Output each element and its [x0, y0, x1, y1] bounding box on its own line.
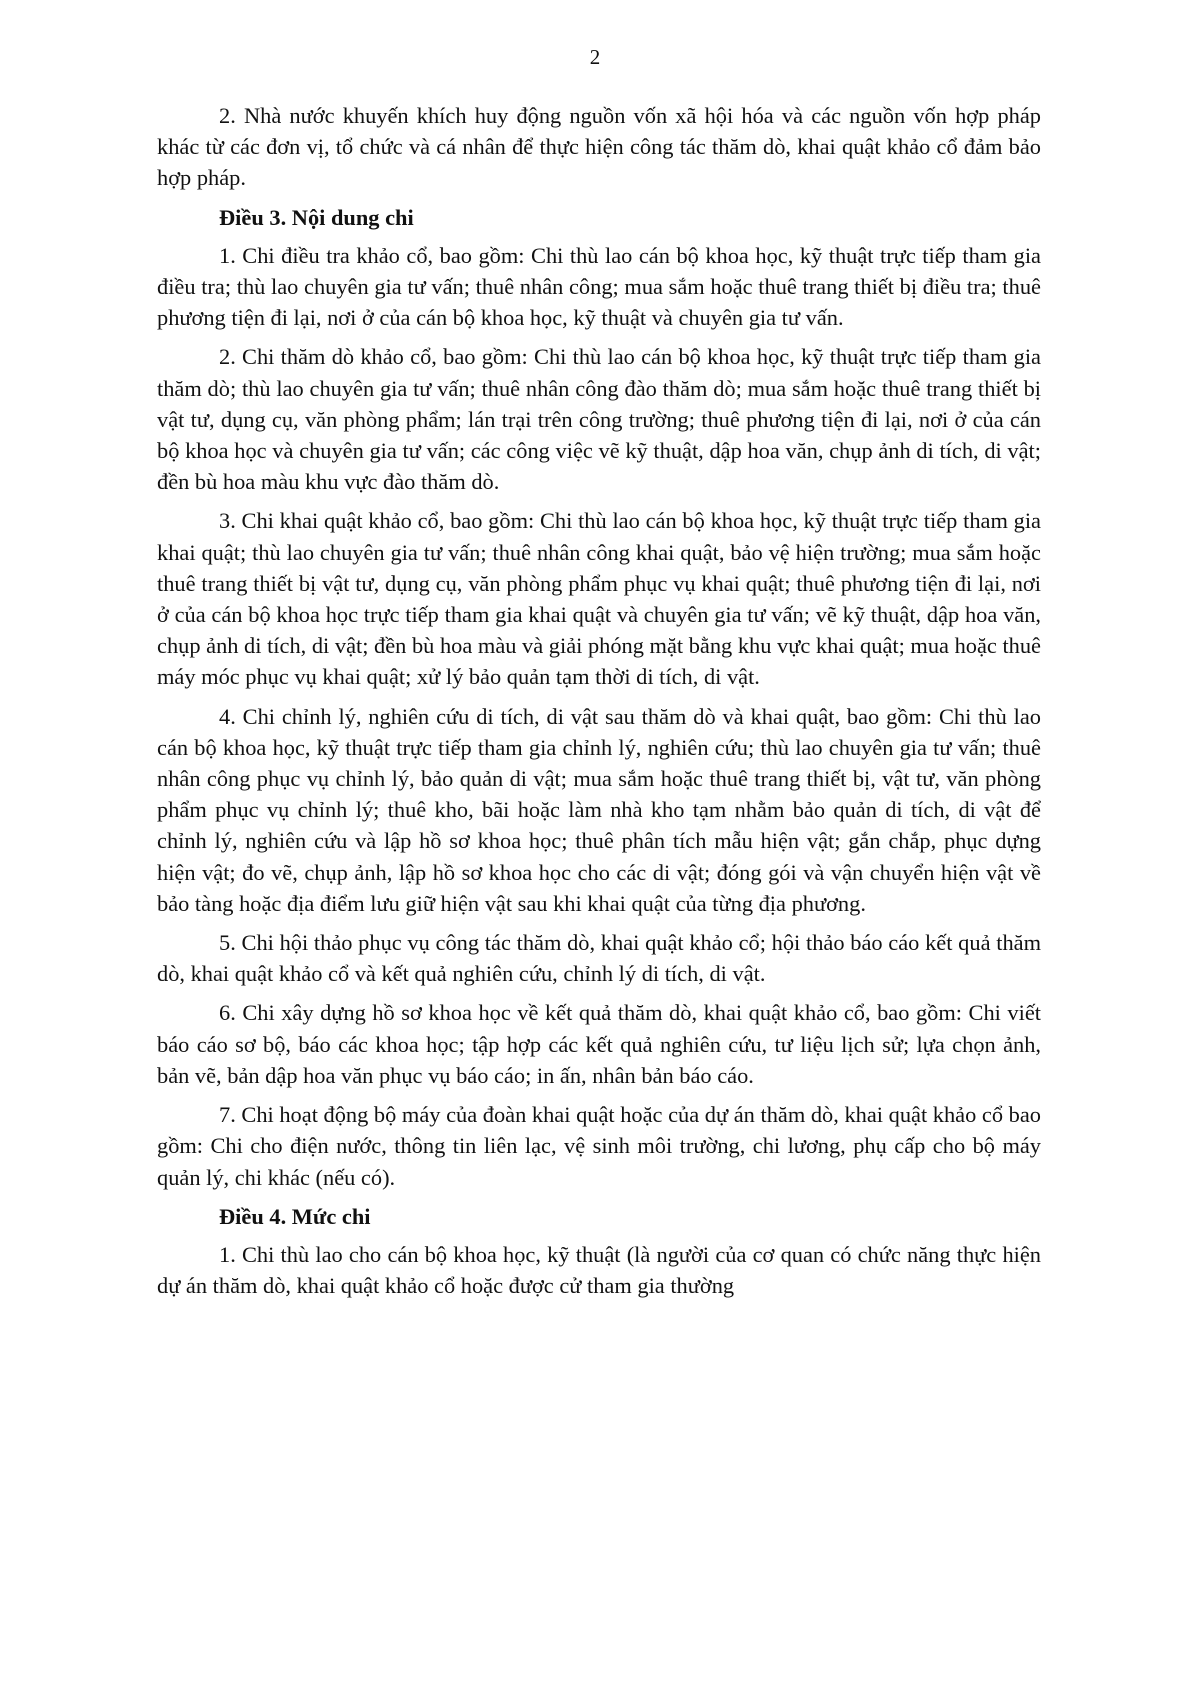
article-3-item-7: 7. Chi hoạt động bộ máy của đoàn khai qu…: [157, 1099, 1041, 1193]
document-body: 2. Nhà nước khuyến khích huy động nguồn …: [157, 100, 1041, 1309]
article-3-item-3: 3. Chi khai quật khảo cổ, bao gồm: Chi t…: [157, 505, 1041, 692]
paragraph-funding-sources: 2. Nhà nước khuyến khích huy động nguồn …: [157, 100, 1041, 194]
article-3-item-2: 2. Chi thăm dò khảo cổ, bao gồm: Chi thù…: [157, 341, 1041, 497]
article-3-item-1: 1. Chi điều tra khảo cổ, bao gồm: Chi th…: [157, 240, 1041, 334]
article-3-heading: Điều 3. Nội dung chi: [157, 202, 1041, 233]
page-number: 2: [0, 44, 1190, 70]
article-4-item-1: 1. Chi thù lao cho cán bộ khoa học, kỹ t…: [157, 1239, 1041, 1301]
article-4-heading: Điều 4. Mức chi: [157, 1201, 1041, 1232]
document-page: 2 2. Nhà nước khuyến khích huy động nguồ…: [0, 0, 1190, 1683]
article-3-item-6: 6. Chi xây dựng hồ sơ khoa học về kết qu…: [157, 997, 1041, 1091]
article-3-item-4: 4. Chi chỉnh lý, nghiên cứu di tích, di …: [157, 701, 1041, 919]
article-3-item-5: 5. Chi hội thảo phục vụ công tác thăm dò…: [157, 927, 1041, 989]
